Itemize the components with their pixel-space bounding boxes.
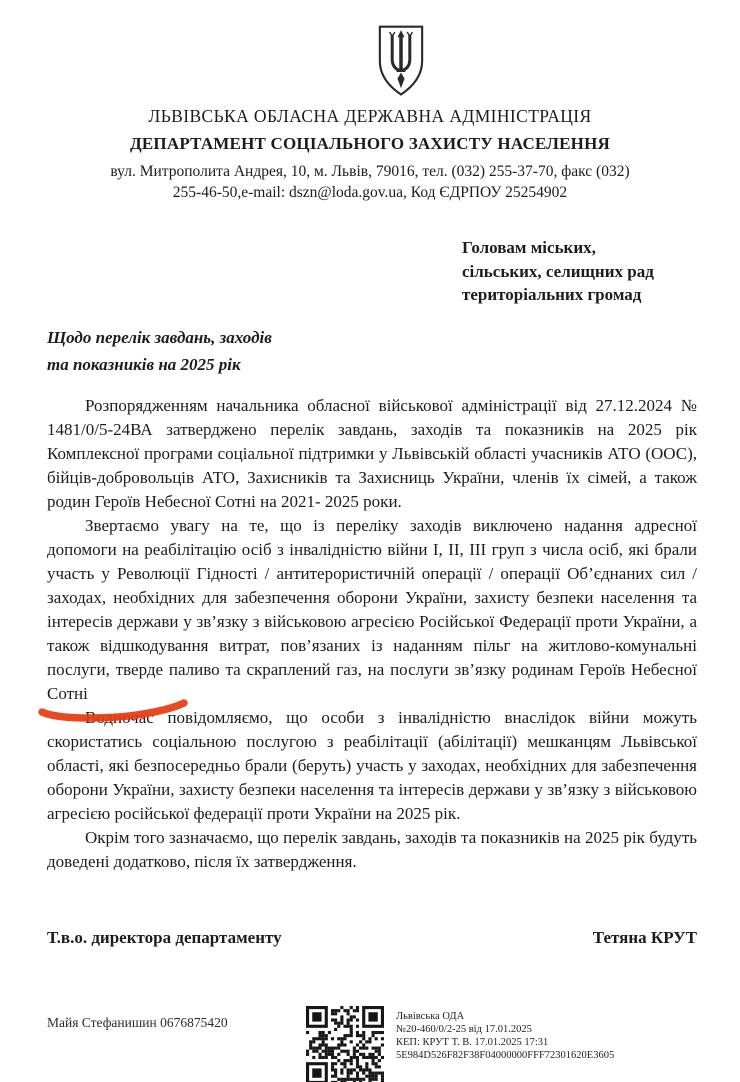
subject-line-2: та показників на 2025 рік bbox=[47, 351, 272, 378]
recipient-block: Головам міських, сільських, селищних рад… bbox=[462, 236, 654, 307]
body-paragraph-4: Окрім того зазначаємо, що перелік завдан… bbox=[47, 826, 697, 874]
recipient-line-3: територіальних громад bbox=[462, 283, 654, 307]
signer-name: Тетяна КРУТ bbox=[593, 928, 697, 948]
address-line-2: 255-46-50,e-mail: dszn@loda.gov.ua, Код … bbox=[0, 182, 740, 203]
qr-code bbox=[306, 1006, 384, 1082]
body-paragraph-3: Водночас повідомляємо, що особи з інвалі… bbox=[47, 706, 697, 826]
org-address: вул. Митрополита Андрея, 10, м. Львів, 7… bbox=[0, 161, 740, 203]
stamp-signature-info: КЕП: КРУТ Т. В. 17.01.2025 17:31 bbox=[396, 1036, 614, 1049]
subject-line-1: Щодо перелік завдань, заходів bbox=[47, 324, 272, 351]
signature-row: Т.в.о. директора департаменту Тетяна КРУ… bbox=[47, 928, 697, 948]
department-name: ДЕПАРТАМЕНТ СОЦІАЛЬНОГО ЗАХИСТУ НАСЕЛЕНН… bbox=[0, 134, 740, 154]
letter-page: ЛЬВІВСЬКА ОБЛАСНА ДЕРЖАВНА АДМІНІСТРАЦІЯ… bbox=[0, 0, 740, 1082]
executor-contact: Майя Стефанишин 0676875420 bbox=[47, 1015, 228, 1031]
letterhead: ЛЬВІВСЬКА ОБЛАСНА ДЕРЖАВНА АДМІНІСТРАЦІЯ… bbox=[0, 106, 740, 154]
org-name: ЛЬВІВСЬКА ОБЛАСНА ДЕРЖАВНА АДМІНІСТРАЦІЯ bbox=[0, 106, 740, 127]
red-marked-word: Сотні bbox=[47, 684, 88, 703]
digital-stamp: Львівська ОДА №20-460/0/2-25 від 17.01.2… bbox=[306, 1006, 614, 1082]
recipient-line-1: Головам міських, bbox=[462, 236, 654, 260]
stamp-text: Львівська ОДА №20-460/0/2-25 від 17.01.2… bbox=[396, 1010, 614, 1062]
stamp-doc-number: №20-460/0/2-25 від 17.01.2025 bbox=[396, 1023, 614, 1036]
stamp-hash: 5E984D526F82F38F04000000FFF72301620E3605 bbox=[396, 1049, 614, 1062]
paragraph-2-text: Звертаємо увагу на те, що із переліку за… bbox=[47, 516, 697, 679]
address-line-1: вул. Митрополита Андрея, 10, м. Львів, 7… bbox=[0, 161, 740, 182]
body-paragraph-1: Розпорядженням начальника обласної війсь… bbox=[47, 394, 697, 514]
signer-position: Т.в.о. директора департаменту bbox=[47, 928, 282, 948]
body-paragraph-2: Звертаємо увагу на те, що із переліку за… bbox=[47, 514, 697, 706]
stamp-org: Львівська ОДА bbox=[396, 1010, 614, 1023]
letter-body: Розпорядженням начальника обласної війсь… bbox=[47, 394, 697, 874]
subject-block: Щодо перелік завдань, заходів та показни… bbox=[47, 324, 272, 378]
recipient-line-2: сільських, селищних рад bbox=[462, 260, 654, 284]
ukraine-trident-icon bbox=[371, 24, 431, 98]
